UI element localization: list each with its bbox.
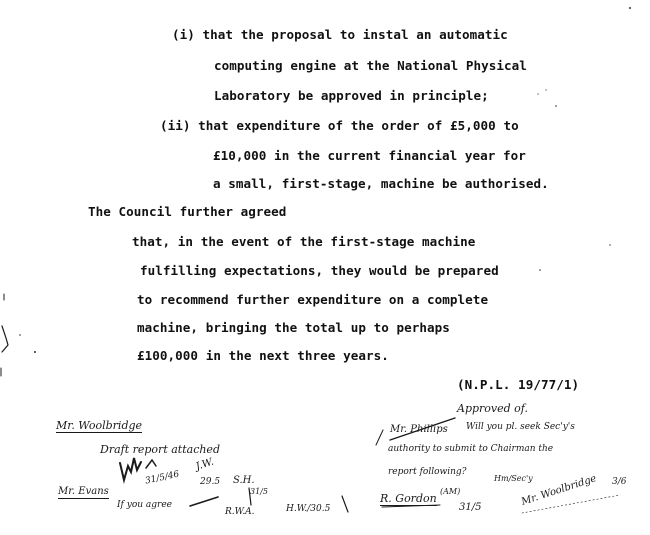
scan-marks-decoration — [0, 0, 650, 535]
scanned-document-page: (i) that the proposal to instal an autom… — [0, 0, 650, 535]
